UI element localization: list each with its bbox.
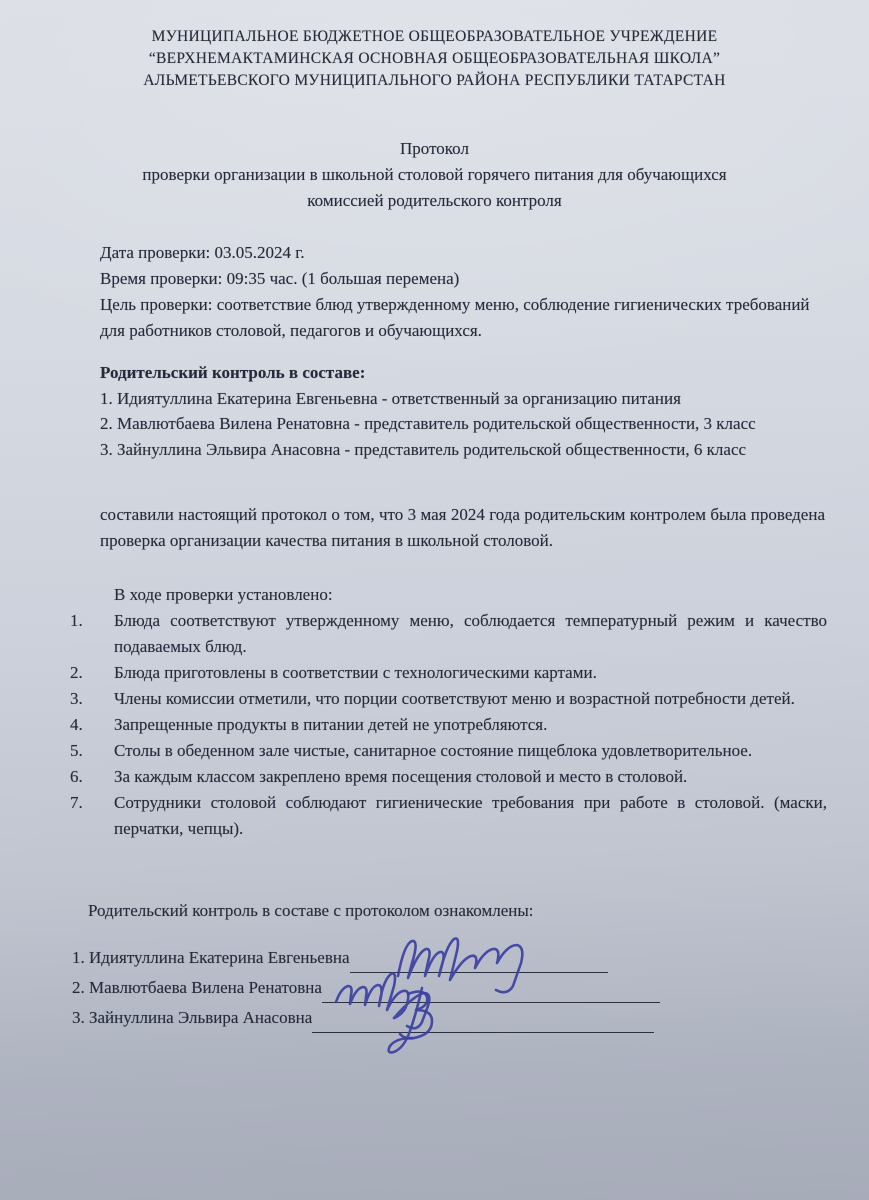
finding-text: Столы в обеденном зале чистые, санитарно… xyxy=(114,738,827,764)
inspection-time: Время проверки: 09:35 час. (1 большая пе… xyxy=(100,266,823,292)
finding-item: 2. Блюда приготовлены в соответствии с т… xyxy=(70,660,827,686)
acknowledgement-heading: Родительский контроль в составе с проток… xyxy=(88,898,829,924)
findings-section: В ходе проверки установлено: 1. Блюда со… xyxy=(0,582,869,842)
finding-item: 7. Сотрудники столовой соблюдают гигиени… xyxy=(70,790,827,842)
commission-heading: Родительский контроль в составе: xyxy=(100,360,829,386)
finding-number: 6. xyxy=(70,764,114,790)
title-line-3: комиссией родительского контроля xyxy=(0,188,869,214)
finding-item: 4. Запрещенные продукты в питании детей … xyxy=(70,712,827,738)
signature-line xyxy=(322,1002,660,1003)
inspection-purpose: Цель проверки: соответствие блюд утвержд… xyxy=(100,292,823,344)
protocol-statement: составили настоящий протокол о том, что … xyxy=(100,502,825,554)
finding-number: 2. xyxy=(70,660,114,686)
inspection-details: Дата проверки: 03.05.2024 г. Время прове… xyxy=(100,240,823,344)
scanned-protocol-page: МУНИЦИПАЛЬНОЕ БЮДЖЕТНОЕ ОБЩЕОБРАЗОВАТЕЛЬ… xyxy=(0,0,869,1200)
signatory-name: 1. Идиятуллина Екатерина Евгеньевна xyxy=(72,948,350,968)
finding-number: 4. xyxy=(70,712,114,738)
findings-list: 1. Блюда соответствуют утвержденному мен… xyxy=(70,608,827,842)
signature-row: 1. Идиятуллина Екатерина Евгеньевна xyxy=(72,948,869,978)
finding-text: Блюда соответствуют утвержденному меню, … xyxy=(114,608,827,660)
title-line-2: проверки организации в школьной столовой… xyxy=(0,162,869,188)
finding-number: 3. xyxy=(70,686,114,712)
signature-block: 1. Идиятуллина Екатерина Евгеньевна 2. М… xyxy=(0,948,869,1038)
organization-header: МУНИЦИПАЛЬНОЕ БЮДЖЕТНОЕ ОБЩЕОБРАЗОВАТЕЛЬ… xyxy=(0,0,869,92)
finding-number: 7. xyxy=(70,790,114,842)
finding-item: 1. Блюда соответствуют утвержденному мен… xyxy=(70,608,827,660)
commission-member: 1. Идиятуллина Екатерина Евгеньевна - от… xyxy=(100,386,829,412)
document-title: Протокол проверки организации в школьной… xyxy=(0,136,869,214)
commission-member: 3. Зайнуллина Эльвира Анасовна - предста… xyxy=(100,437,829,463)
org-name-line-1: МУНИЦИПАЛЬНОЕ БЮДЖЕТНОЕ ОБЩЕОБРАЗОВАТЕЛЬ… xyxy=(0,26,869,48)
findings-heading: В ходе проверки установлено: xyxy=(114,582,869,608)
finding-item: 3. Члены комиссии отметили, что порции с… xyxy=(70,686,827,712)
org-name-line-2: “ВЕРХНЕМАКТАМИНСКАЯ ОСНОВНАЯ ОБЩЕОБРАЗОВ… xyxy=(0,48,869,70)
finding-text: Запрещенные продукты в питании детей не … xyxy=(114,712,827,738)
inspection-date: Дата проверки: 03.05.2024 г. xyxy=(100,240,823,266)
finding-number: 5. xyxy=(70,738,114,764)
finding-item: 6. За каждым классом закреплено время по… xyxy=(70,764,827,790)
handwritten-signature-icon xyxy=(378,986,448,1052)
org-name-line-3: АЛЬМЕТЬЕВСКОГО МУНИЦИПАЛЬНОГО РАЙОНА РЕС… xyxy=(0,70,869,92)
finding-text: Сотрудники столовой соблюдают гигиеничес… xyxy=(114,790,827,842)
finding-item: 5. Столы в обеденном зале чистые, санита… xyxy=(70,738,827,764)
signature-row: 3. Зайнуллина Эльвира Анасовна xyxy=(72,1008,869,1038)
signatory-name: 2. Мавлютбаева Вилена Ренатовна xyxy=(72,978,322,998)
finding-text: За каждым классом закреплено время посещ… xyxy=(114,764,827,790)
signatory-name: 3. Зайнуллина Эльвира Анасовна xyxy=(72,1008,312,1028)
signature-line xyxy=(312,1032,654,1033)
finding-text: Члены комиссии отметили, что порции соот… xyxy=(114,686,827,712)
commission-member: 2. Мавлютбаева Вилена Ренатовна - предст… xyxy=(100,411,829,437)
finding-text: Блюда приготовлены в соответствии с техн… xyxy=(114,660,827,686)
finding-number: 1. xyxy=(70,608,114,660)
title-line-1: Протокол xyxy=(0,136,869,162)
commission-section: Родительский контроль в составе: 1. Идия… xyxy=(100,360,829,462)
